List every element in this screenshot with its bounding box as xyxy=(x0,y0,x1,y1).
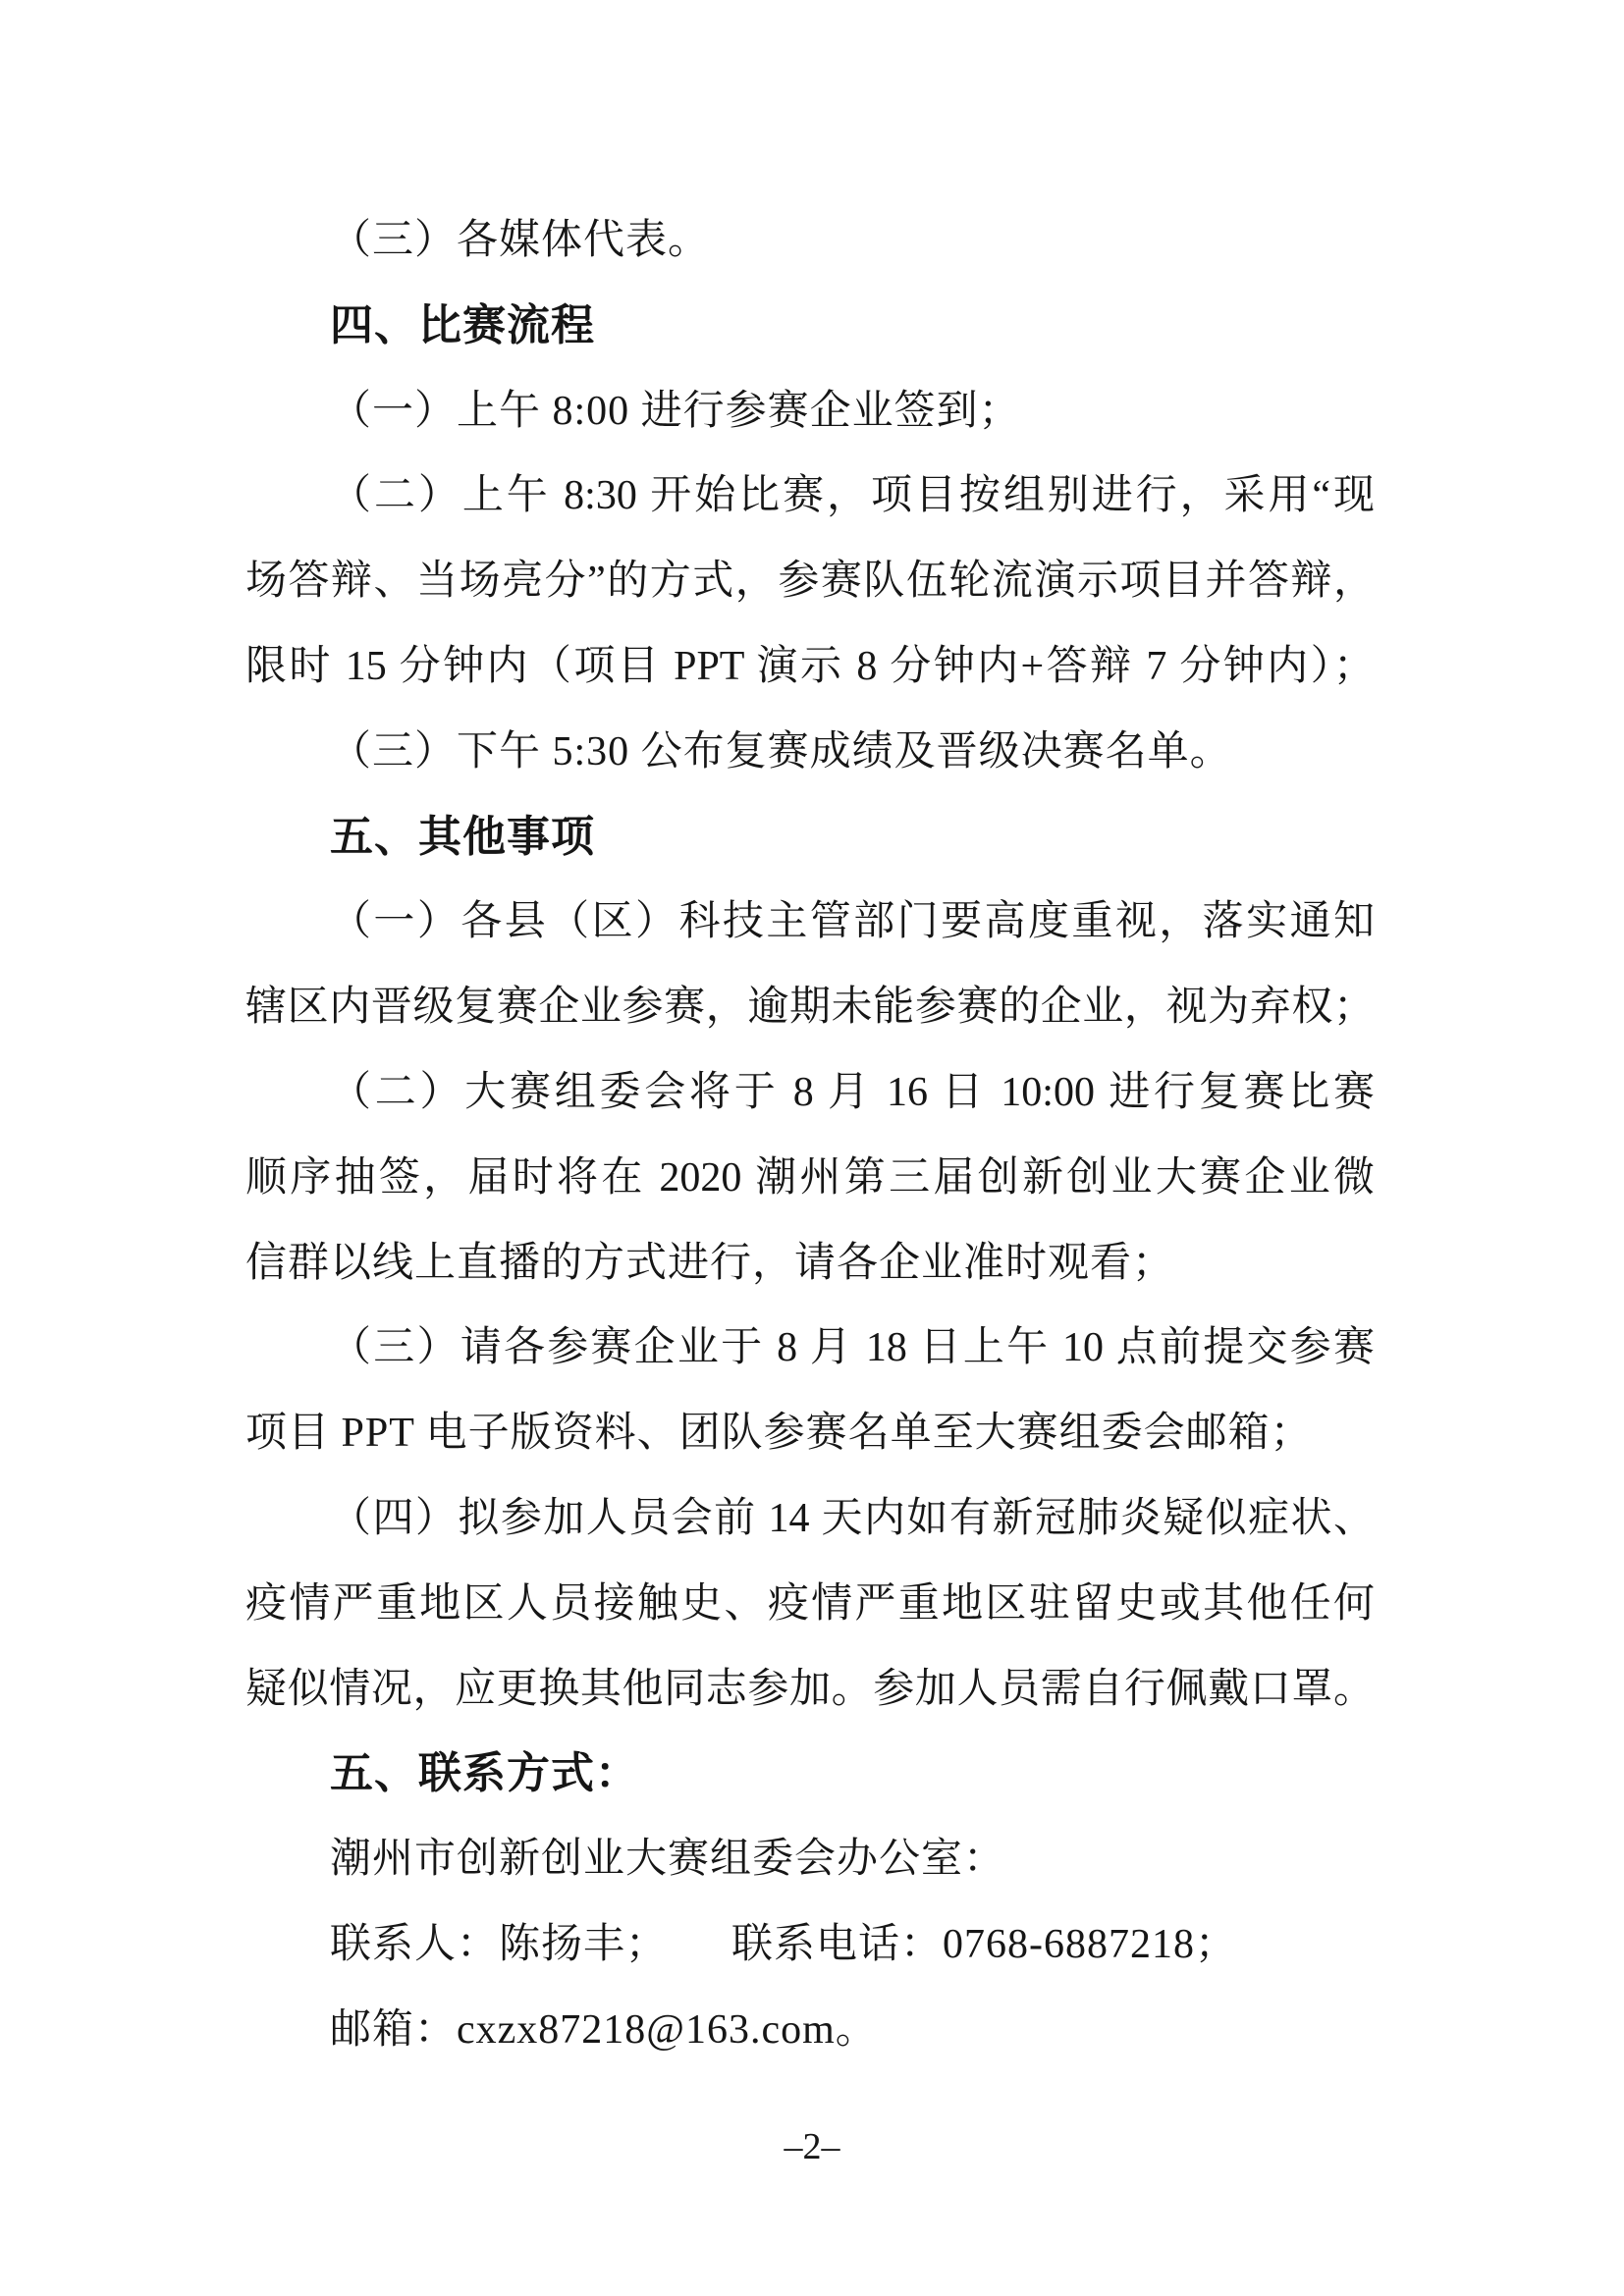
line-signin-time: （一）上午 8:00 进行参赛企业签到； xyxy=(245,369,1375,454)
heading-competition-process: 四、比赛流程 xyxy=(245,284,1375,369)
page-number: –2– xyxy=(0,2112,1624,2181)
line-media-representatives: （三）各媒体代表。 xyxy=(245,198,1375,284)
heading-contact-info: 五、联系方式： xyxy=(245,1732,1375,1817)
line-dept-attention: （一）各县（区）科技主管部门要高度重视，落实通知 xyxy=(245,880,1375,965)
document-page: （三）各媒体代表。 四、比赛流程 （一）上午 8:00 进行参赛企业签到； （二… xyxy=(0,0,1624,2296)
line-competition-format: 场答辩、当场亮分”的方式，参赛队伍轮流演示项目并答辩， xyxy=(245,539,1375,624)
line-livestream-watch: 信群以线上直播的方式进行，请各企业准时观看； xyxy=(245,1221,1375,1307)
line-competition-start: （二）上午 8:30 开始比赛，项目按组别进行，采用“现 xyxy=(245,454,1375,539)
line-forfeit-rule: 辖区内晋级复赛企业参赛，逾期未能参赛的企业，视为弃权； xyxy=(245,965,1375,1050)
heading-other-matters: 五、其他事项 xyxy=(245,795,1375,881)
line-covid-replacement-mask: 疑似情况，应更换其他同志参加。参加人员需自行佩戴口罩。 xyxy=(245,1647,1375,1733)
line-submission-materials: 项目 PPT 电子版资料、团队参赛名单至大赛组委会邮箱； xyxy=(245,1391,1375,1476)
line-draw-time: （二）大赛组委会将于 8 月 16 日 10:00 进行复赛比赛 xyxy=(245,1050,1375,1136)
document-body: （三）各媒体代表。 四、比赛流程 （一）上午 8:00 进行参赛企业签到； （二… xyxy=(245,198,1375,2073)
line-contact-person-phone: 联系人：陈扬丰； 联系电话：0768-6887218； xyxy=(245,1902,1375,1988)
line-results-announcement: （三）下午 5:30 公布复赛成绩及晋级决赛名单。 xyxy=(245,710,1375,795)
line-covid-symptoms: （四）拟参加人员会前 14 天内如有新冠肺炎疑似症状、 xyxy=(245,1476,1375,1562)
line-contact-email: 邮箱：cxzx87218@163.com。 xyxy=(245,1988,1375,2073)
line-draw-livestream: 顺序抽签，届时将在 2020 潮州第三届创新创业大赛企业微 xyxy=(245,1136,1375,1221)
line-committee-office: 潮州市创新创业大赛组委会办公室： xyxy=(245,1817,1375,1902)
line-covid-contact-history: 疫情严重地区人员接触史、疫情严重地区驻留史或其他任何 xyxy=(245,1562,1375,1647)
line-time-limit: 限时 15 分钟内（项目 PPT 演示 8 分钟内+答辩 7 分钟内）； xyxy=(245,624,1375,710)
line-submission-deadline: （三）请各参赛企业于 8 月 18 日上午 10 点前提交参赛 xyxy=(245,1306,1375,1391)
